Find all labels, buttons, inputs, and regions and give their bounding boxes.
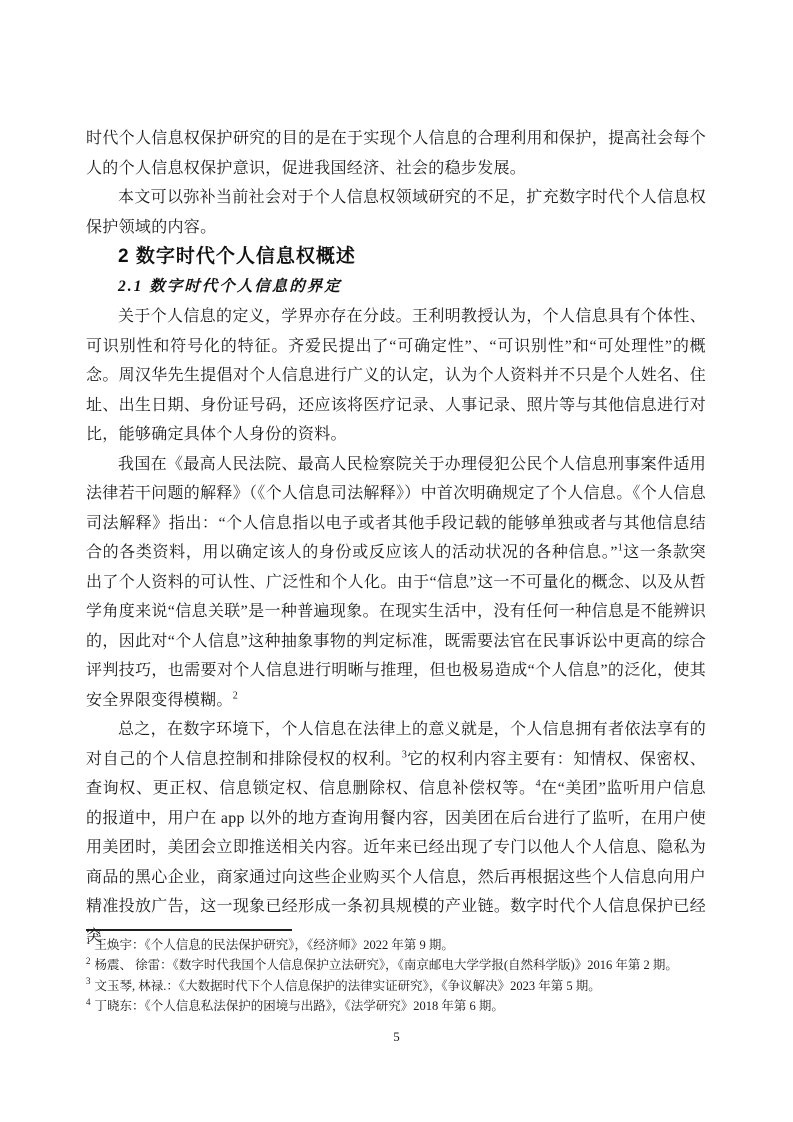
body-paragraph: 总之，在数字环境下，个人信息在法律上的意义就是，个人信息拥有者依法享有的对自己的…	[86, 715, 706, 951]
footnote-marker: 2	[86, 956, 91, 966]
document-page: 时代个人信息权保护研究的目的是在于实现个人信息的合理利用和保护，提高社会每个人的…	[0, 0, 793, 1122]
section-heading: 2 数字时代个人信息权概述	[86, 242, 706, 272]
page-number: 5	[0, 1029, 793, 1044]
footnote-text: 王焕宇：《个人信息的民法保护研究》，《经济师》2022 年第 9 期。	[95, 938, 454, 952]
page-body: 时代个人信息权保护研究的目的是在于实现个人信息的合理利用和保护，提高社会每个人的…	[86, 124, 706, 951]
footnote: 3文玉琴, 林禄.：《大数据时代下个人信息保护的法律实证研究》，《争议解决》20…	[86, 976, 751, 996]
footnote: 2杨震、 徐雷：《数字时代我国个人信息保护立法研究》，《南京邮电大学学报(自然科…	[86, 955, 751, 975]
footnote-separator	[86, 929, 292, 931]
body-paragraph: 本文可以弥补当前社会对于个人信息权领域研究的不足，扩充数字时代个人信息权保护领域…	[86, 183, 706, 242]
footnote: 1王焕宇：《个人信息的民法保护研究》，《经济师》2022 年第 9 期。	[86, 935, 751, 955]
footnote: 4丁晓东：《个人信息私法保护的困境与出路》，《法学研究》2018 年第 6 期。	[86, 996, 751, 1016]
footnote-reference: 1	[618, 543, 623, 554]
footnote-reference: 4	[536, 779, 541, 790]
footnote-marker: 1	[86, 936, 91, 946]
body-paragraph: 关于个人信息的定义，学界亦存在分歧。王利明教授认为，个人信息具有个体性、可识别性…	[86, 302, 706, 450]
footnote-marker: 3	[86, 976, 91, 986]
subsection-heading: 2.1 数字时代个人信息的界定	[86, 272, 706, 302]
footnote-section: 1王焕宇：《个人信息的民法保护研究》，《经济师》2022 年第 9 期。 2杨震…	[86, 929, 751, 1016]
footnote-reference: 3	[402, 749, 407, 760]
footnote-text: 丁晓东：《个人信息私法保护的困境与出路》，《法学研究》2018 年第 6 期。	[95, 999, 504, 1013]
body-paragraph: 我国在《最高人民法院、最高人民检察院关于办理侵犯公民个人信息刑事案件适用法律若干…	[86, 450, 706, 716]
body-paragraph: 时代个人信息权保护研究的目的是在于实现个人信息的合理利用和保护，提高社会每个人的…	[86, 124, 706, 183]
footnote-marker: 4	[86, 997, 91, 1007]
footnote-text: 杨震、 徐雷：《数字时代我国个人信息保护立法研究》，《南京邮电大学学报(自然科学…	[95, 958, 678, 972]
footnote-reference: 2	[233, 690, 238, 701]
footnote-text: 文玉琴, 林禄.：《大数据时代下个人信息保护的法律实证研究》，《争议解决》202…	[95, 979, 601, 993]
